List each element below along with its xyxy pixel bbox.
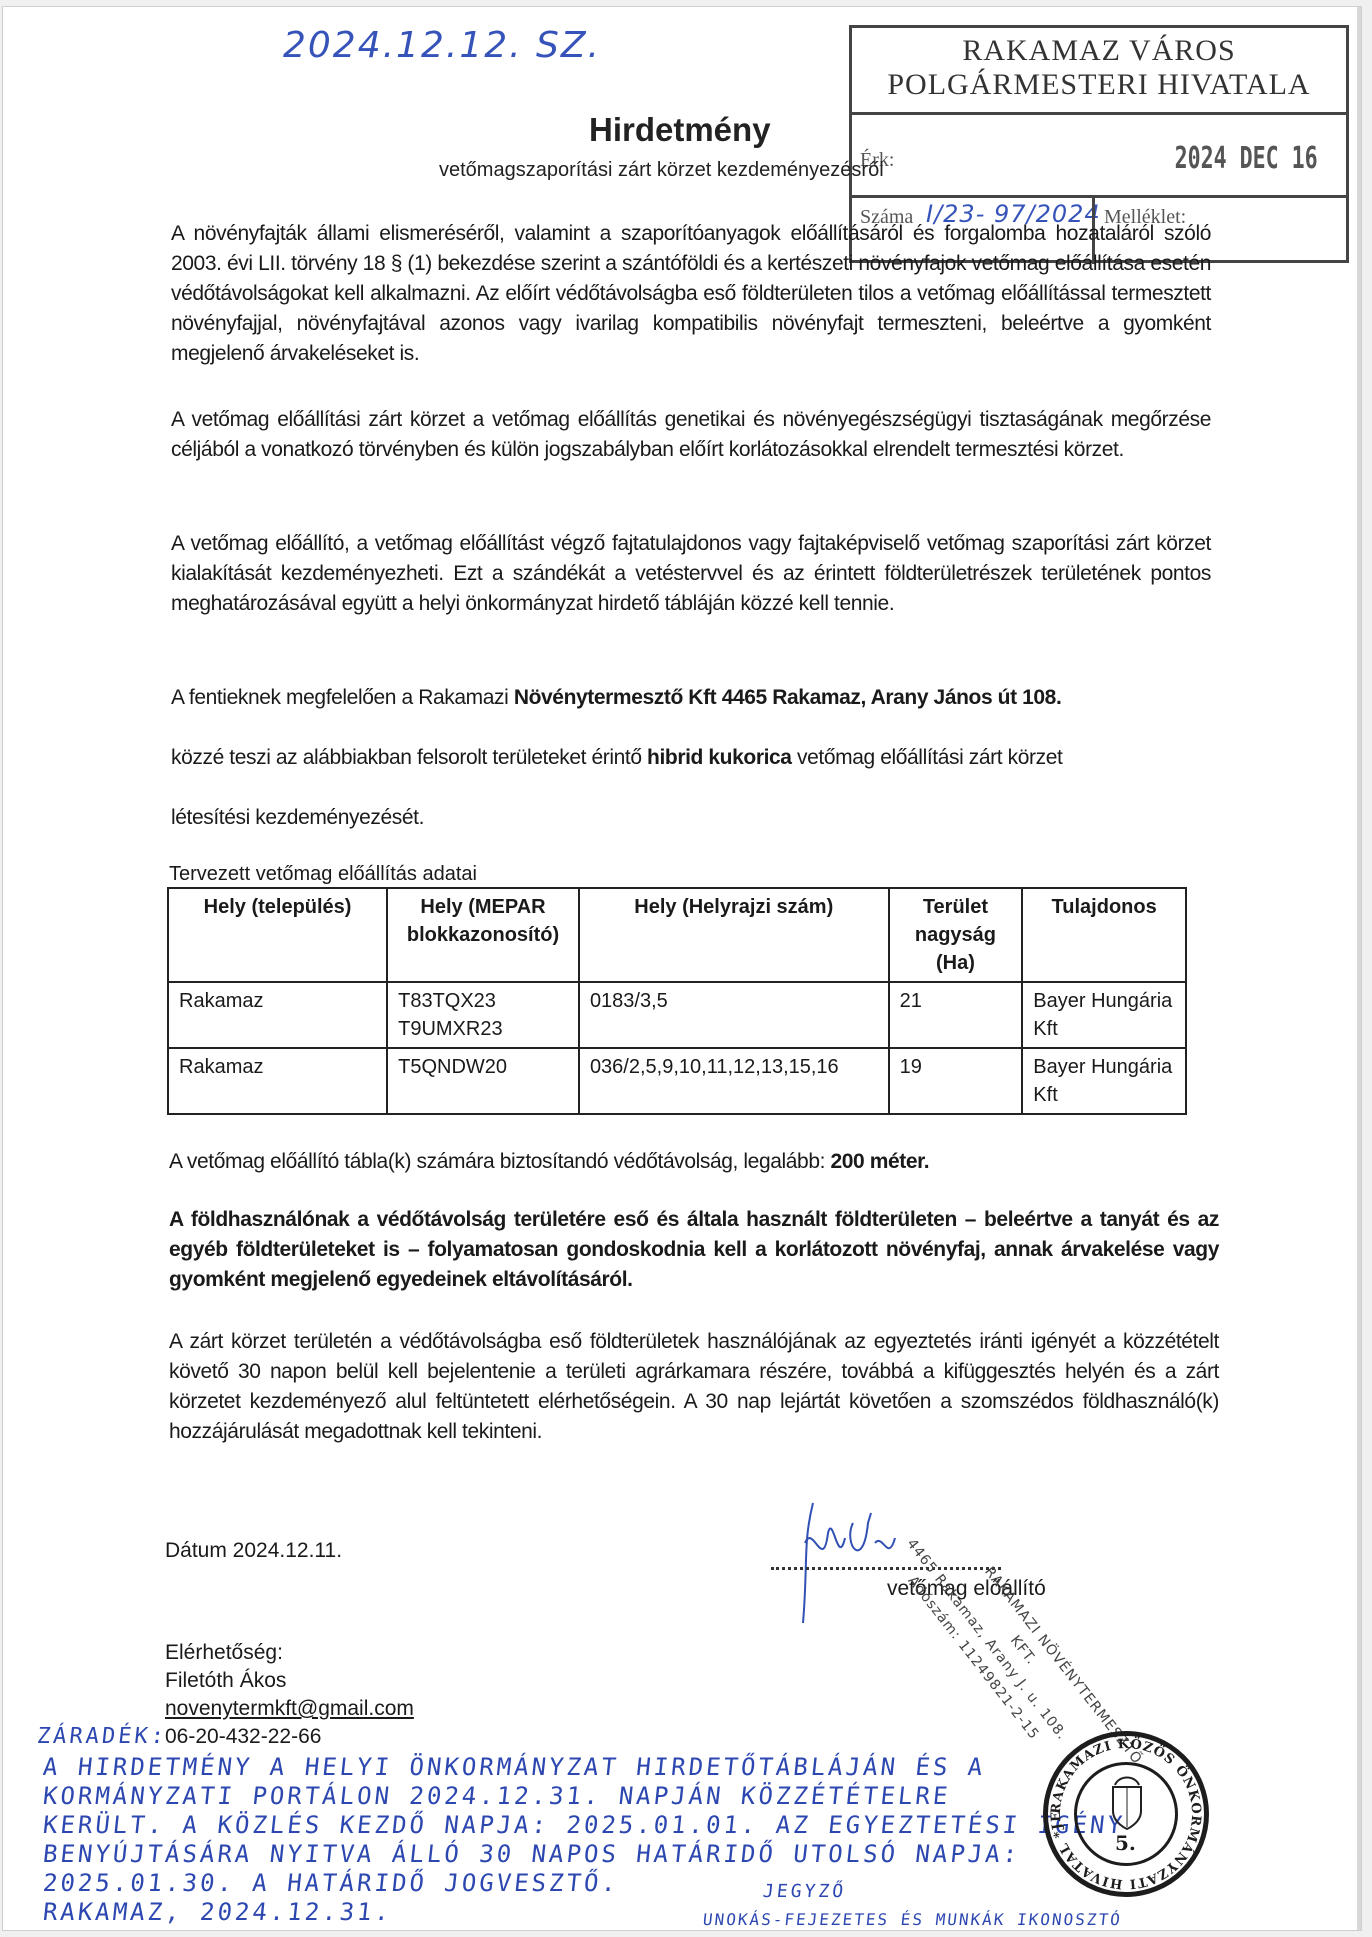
page-edge xyxy=(1357,7,1361,1930)
contact-label: Elérhetőség: xyxy=(165,1639,414,1667)
page-title: Hirdetmény xyxy=(589,111,771,149)
contact-block: Elérhetőség: Filetóth Ákos novenytermkft… xyxy=(165,1639,414,1751)
crop-name: hibrid kukorica xyxy=(647,746,792,769)
page-subtitle: vetőmagszaporítási zárt körzet kezdemény… xyxy=(439,159,884,182)
table-header-row: Hely (település)Hely (MEPAR blokkazonosí… xyxy=(168,888,1186,982)
contact-phone: 06-20-432-22-66 xyxy=(165,1723,414,1751)
initiator-prefix: A fentieknek megfelelően a Rakamazi xyxy=(171,686,514,709)
coat-of-arms-icon xyxy=(1107,1773,1147,1831)
clause-label: ZÁRADÉK: xyxy=(35,1722,168,1751)
received-date: 2024 DEC 16 xyxy=(1175,141,1318,176)
paragraph-protection-distance: A vetőmag előállító tábla(k) számára biz… xyxy=(169,1147,929,1177)
table-cell: Bayer Hungária Kft xyxy=(1022,1048,1186,1114)
signature-scribble-icon xyxy=(783,1483,903,1633)
paragraph-closed-zone-definition: A vetőmag előállítási zárt körzet a vető… xyxy=(171,405,1211,465)
clause-line: 2025.01.30. A HATÁRIDŐ JOGVESZTŐ. xyxy=(41,1869,1126,1898)
table-cell: Rakamaz xyxy=(168,982,387,1048)
handwritten-date-note: 2024.12.12. SZ. xyxy=(283,25,601,66)
seed-production-table: Hely (település)Hely (MEPAR blokkazonosí… xyxy=(167,887,1187,1115)
paragraph-establishment: létesítési kezdeményezését. xyxy=(171,803,424,833)
table-row: RakamazT83TQX23 T9UMXR230183/3,521Bayer … xyxy=(168,982,1186,1048)
table-cell: T83TQX23 T9UMXR23 xyxy=(387,982,579,1048)
table-header-cell: Hely (Helyrajzi szám) xyxy=(579,888,889,982)
protection-distance-value: 200 méter. xyxy=(830,1150,929,1173)
official-seal: RAKAMAZI KÖZÖS ÖNKORMÁNYZATI HIVATAL *JE… xyxy=(1043,1731,1209,1897)
clause-signer-title: UNOKÁS-FEJEZETES ÉS MUNKÁK IKONOSZTÓ xyxy=(701,1905,1123,1934)
initiator-company: Növénytermesztő Kft 4465 Rakamaz, Arany … xyxy=(514,686,1062,709)
crop-suffix: vetőmag előállítási zárt körzet xyxy=(792,746,1063,769)
table-header-cell: Hely (település) xyxy=(168,888,387,982)
stamp-line-1: RAKAMAZ VÁROS xyxy=(852,34,1346,68)
clause-signer: JEGYZŐ xyxy=(761,1877,847,1906)
table-cell: Rakamaz xyxy=(168,1048,387,1114)
document-date: Dátum 2024.12.11. xyxy=(165,1539,342,1563)
table-cell: 0183/3,5 xyxy=(579,982,889,1048)
table-cell: Bayer Hungária Kft xyxy=(1022,982,1186,1048)
table-header-cell: Hely (MEPAR blokkazonosító) xyxy=(387,888,579,982)
clause-line: A HIRDETMÉNY A HELYI ÖNKORMÁNYZAT HIRDET… xyxy=(41,1753,1126,1782)
document-page: 2024.12.12. SZ. RAKAMAZ VÁROS POLGÁRMEST… xyxy=(2,6,1362,1931)
table-cell: T5QNDW20 xyxy=(387,1048,579,1114)
clause-line: KORMÁNYZATI PORTÁLON 2024.12.31. NAPJÁN … xyxy=(41,1782,1126,1811)
stamp-line-2: POLGÁRMESTERI HIVATALA xyxy=(852,68,1346,102)
paragraph-initiator: A fentieknek megfelelően a Rakamazi Növé… xyxy=(171,683,1231,713)
clause-line: KERÜLT. A KÖZLÉS KEZDŐ NAPJA: 2025.01.01… xyxy=(41,1811,1126,1840)
table-caption: Tervezett vetőmag előállítás adatai xyxy=(169,863,477,886)
table-header-cell: Terület nagyság (Ha) xyxy=(889,888,1023,982)
table-cell: 19 xyxy=(889,1048,1023,1114)
paragraph-initiation: A vetőmag előállító, a vetőmag előállítá… xyxy=(171,529,1211,619)
table-header-cell: Tulajdonos xyxy=(1022,888,1186,982)
contact-name: Filetóth Ákos xyxy=(165,1667,414,1695)
clause-handwritten: A HIRDETMÉNY A HELYI ÖNKORMÁNYZAT HIRDET… xyxy=(43,1753,1125,1927)
clause-line: BENYÚJTÁSÁRA NYITVA ÁLLÓ 30 NAPOS HATÁRI… xyxy=(41,1840,1126,1869)
crop-prefix: közzé teszi az alábbiakban felsorolt ter… xyxy=(171,746,647,769)
table-cell: 036/2,5,9,10,11,12,13,15,16 xyxy=(579,1048,889,1114)
paragraph-legal-basis: A növényfajták állami elismeréséről, val… xyxy=(171,219,1211,369)
table-row: RakamazT5QNDW20036/2,5,9,10,11,12,13,15,… xyxy=(168,1048,1186,1114)
paragraph-land-user-obligation: A földhasználónak a védőtávolság terület… xyxy=(169,1205,1219,1295)
paragraph-consultation: A zárt körzet területén a védőtávolságba… xyxy=(169,1327,1219,1447)
contact-email-link[interactable]: novenytermkft@gmail.com xyxy=(165,1695,414,1723)
paragraph-crop: közzé teszi az alábbiakban felsorolt ter… xyxy=(171,743,1231,773)
table-cell: 21 xyxy=(889,982,1023,1048)
seal-number: 5. xyxy=(1115,1831,1136,1855)
protection-distance-prefix: A vetőmag előállító tábla(k) számára biz… xyxy=(169,1150,830,1173)
